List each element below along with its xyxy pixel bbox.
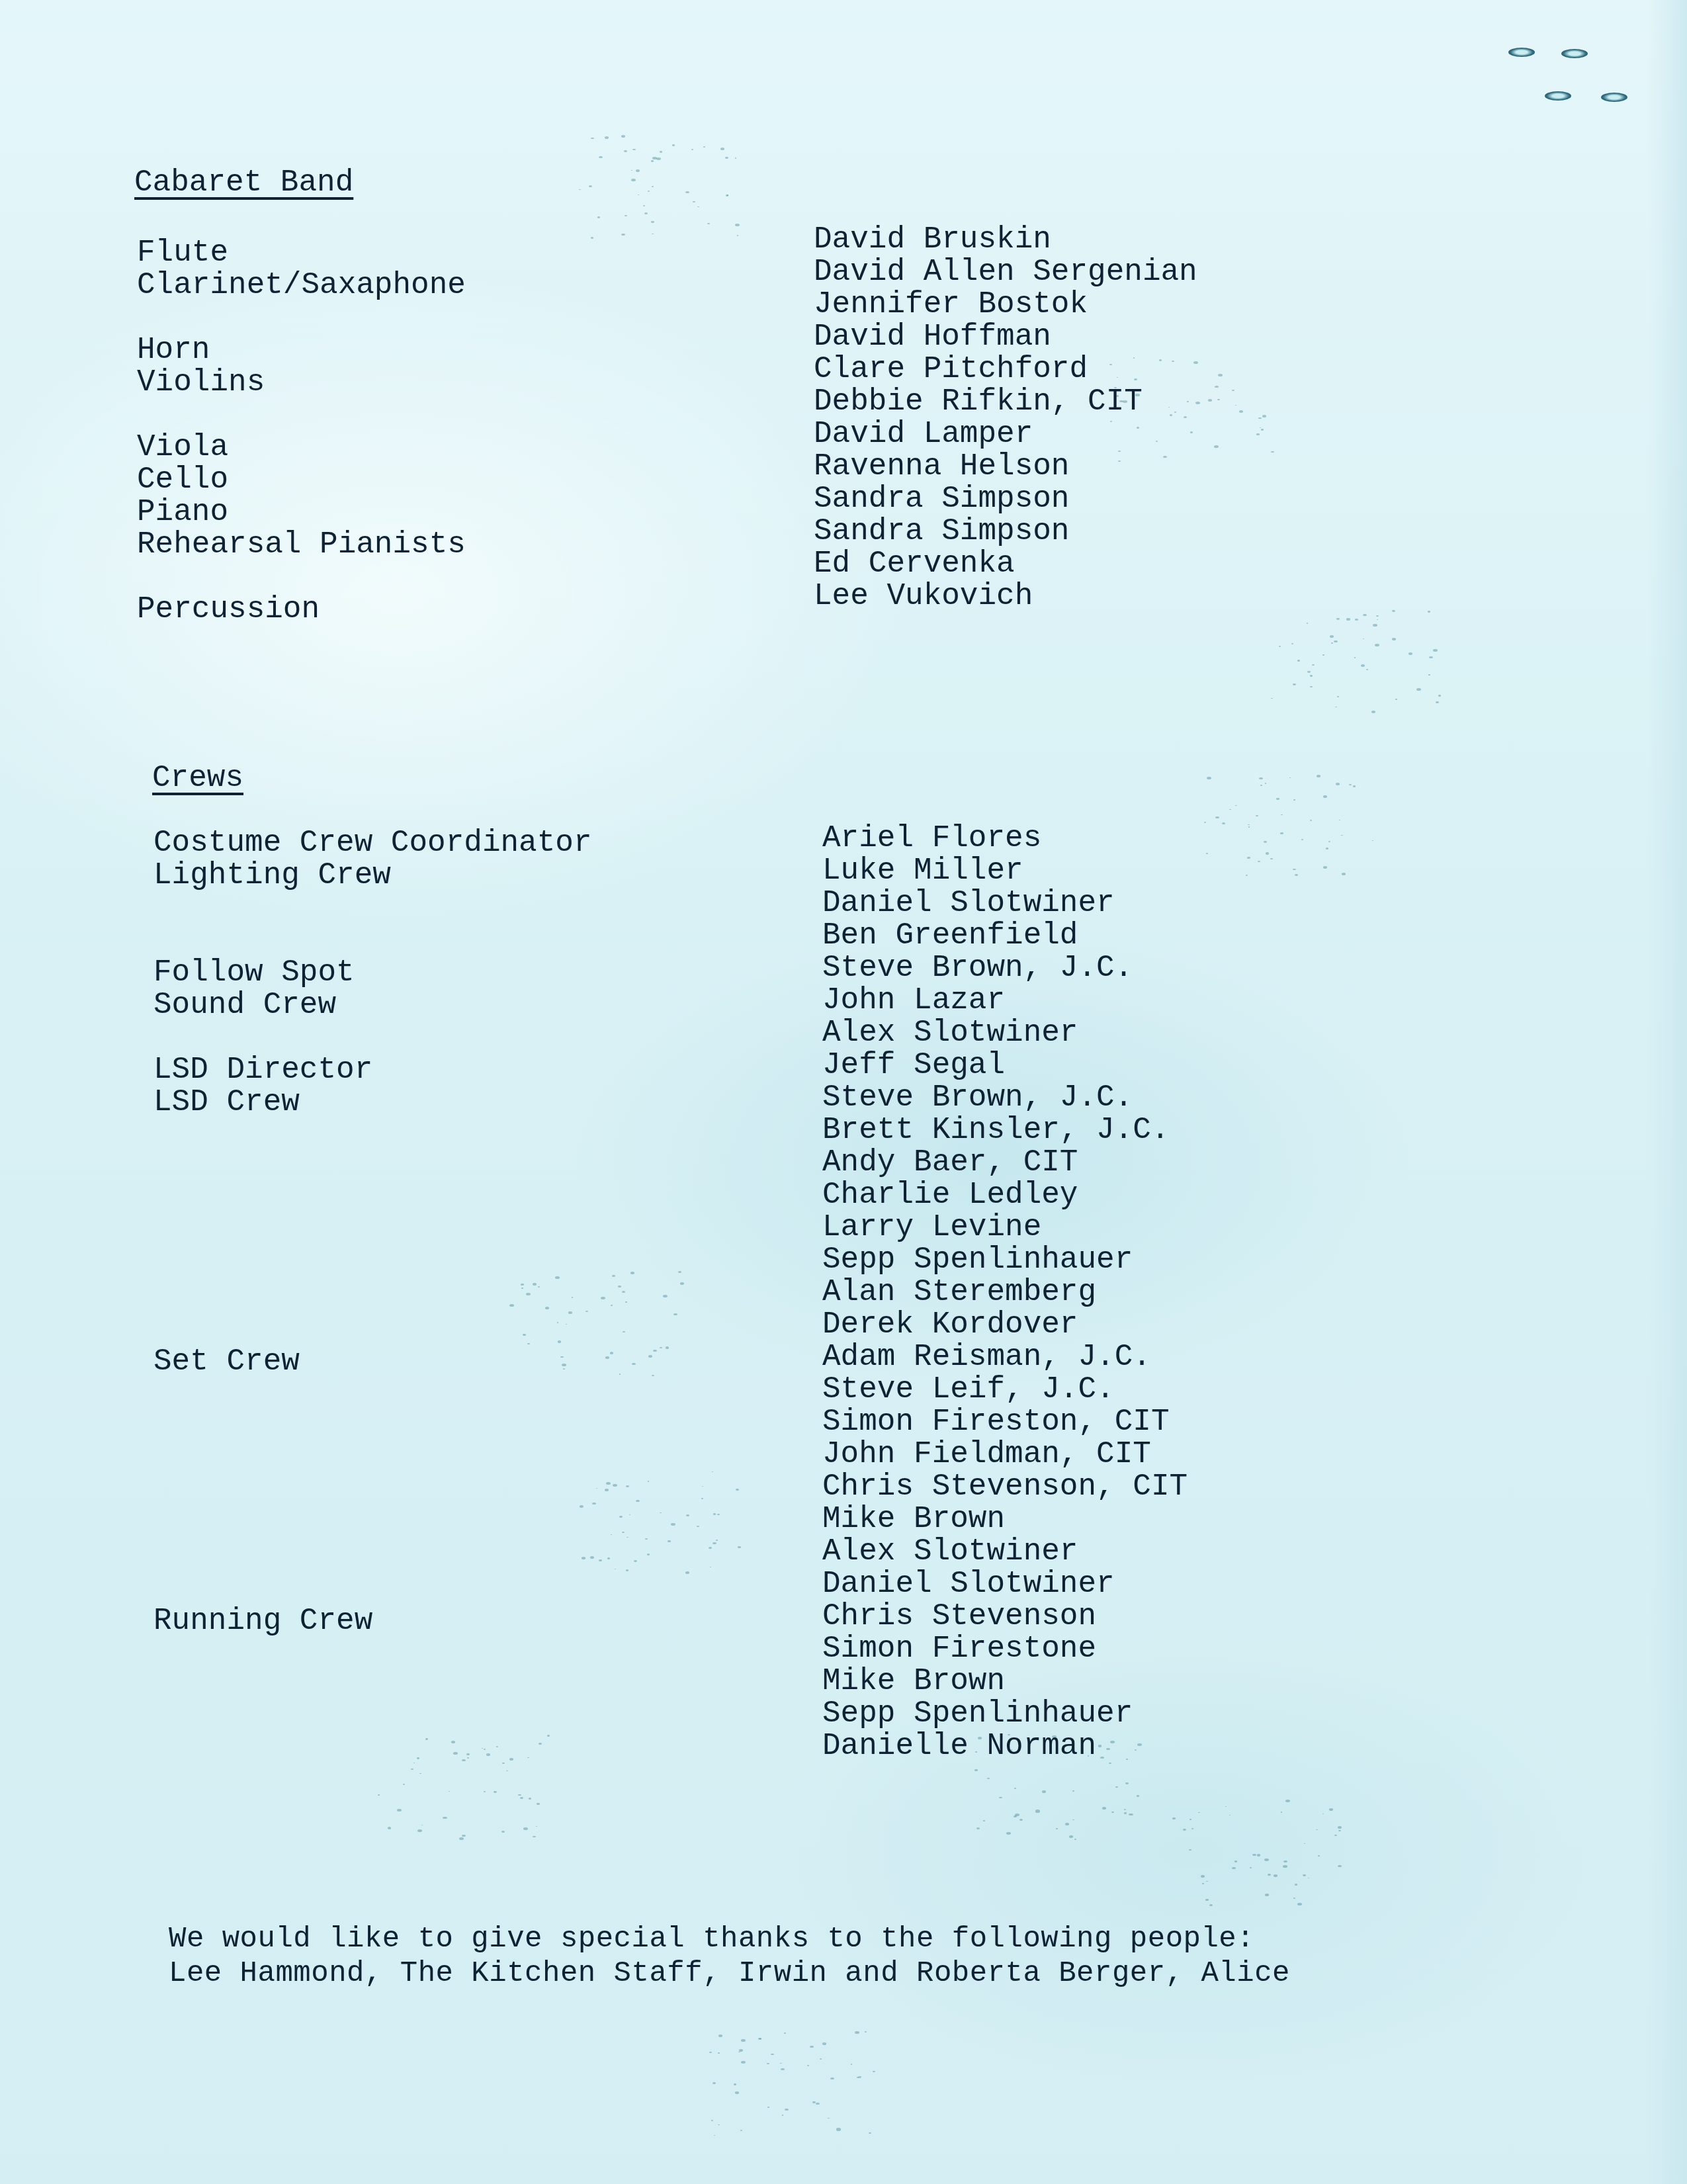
role-label: Piano <box>137 496 466 529</box>
member-name: Chris Stevenson <box>822 1600 1188 1633</box>
section-title-cabaret-band: Cabaret Band <box>134 165 353 200</box>
role-label: Cello <box>137 464 466 496</box>
member-name: Clare Pitchford <box>814 353 1197 386</box>
member-name: Derek Kordover <box>822 1309 1188 1341</box>
cabaret-band-names: David BruskinDavid Allen SergenianJennif… <box>814 224 1197 613</box>
role-label <box>137 302 466 334</box>
member-name: Alex Slotwiner <box>822 1536 1188 1568</box>
member-name: Ravenna Helson <box>814 451 1197 483</box>
role-label <box>153 1281 592 1313</box>
special-thanks: We would like to give special thanks to … <box>169 1922 1290 1991</box>
role-label <box>153 1475 592 1508</box>
role-label <box>153 1184 592 1216</box>
member-name: Ben Greenfield <box>822 920 1188 952</box>
role-label <box>153 1508 592 1540</box>
member-name: Danielle Norman <box>822 1730 1188 1763</box>
cabaret-band-roles: FluteClarinet/SaxaphoneHornViolinsViolaC… <box>137 237 466 626</box>
crew-roles: Costume Crew CoordinatorLighting CrewFol… <box>153 827 592 1638</box>
special-thanks-line-1: We would like to give special thanks to … <box>169 1922 1290 1956</box>
role-label <box>153 1411 592 1443</box>
role-label <box>137 399 466 431</box>
role-label: Percussion <box>137 593 466 626</box>
member-name: Sandra Simpson <box>814 483 1197 515</box>
role-label <box>153 1540 592 1573</box>
role-label <box>153 1151 592 1184</box>
member-name: Daniel Slotwiner <box>822 1568 1188 1600</box>
member-name: David Hoffman <box>814 321 1197 353</box>
member-name: John Fieldman, CIT <box>822 1438 1188 1471</box>
member-name: Sepp Spenlinhauer <box>822 1698 1188 1730</box>
role-label <box>137 561 466 593</box>
role-label <box>153 892 592 924</box>
role-label: Viola <box>137 431 466 464</box>
role-label <box>153 1313 592 1346</box>
role-label: Lighting Crew <box>153 859 592 892</box>
staple-holes <box>1508 40 1641 119</box>
member-name: Lee Vukovich <box>814 580 1197 613</box>
staple-hole-icon <box>1601 93 1627 102</box>
member-name: Alex Slotwiner <box>822 1017 1188 1049</box>
role-label: Clarinet/Saxaphone <box>137 269 466 302</box>
role-label <box>153 1378 592 1411</box>
role-label: Horn <box>137 334 466 367</box>
member-name: Daniel Slotwiner <box>822 887 1188 920</box>
role-label: Set Crew <box>153 1346 592 1378</box>
member-name: Steve Brown, J.C. <box>822 1082 1188 1114</box>
role-label <box>153 1119 592 1151</box>
member-name: Alan Steremberg <box>822 1276 1188 1309</box>
member-name: David Allen Sergenian <box>814 256 1197 288</box>
staple-hole-icon <box>1508 48 1535 57</box>
role-label: Sound Crew <box>153 989 592 1022</box>
member-name: John Lazar <box>822 984 1188 1017</box>
role-label <box>153 1022 592 1054</box>
role-label: Flute <box>137 237 466 269</box>
member-name: David Bruskin <box>814 224 1197 256</box>
member-name: Chris Stevenson, CIT <box>822 1471 1188 1503</box>
role-label <box>153 1573 592 1605</box>
member-name: Mike Brown <box>822 1503 1188 1536</box>
member-name: Luke Miller <box>822 855 1188 887</box>
staple-hole-icon <box>1545 91 1571 101</box>
member-name: Ed Cervenka <box>814 548 1197 580</box>
section-title-crews: Crews <box>152 761 243 795</box>
special-thanks-line-2: Lee Hammond, The Kitchen Staff, Irwin an… <box>169 1956 1290 1991</box>
member-name: Simon Firestone <box>822 1633 1188 1665</box>
member-name: Brett Kinsler, J.C. <box>822 1114 1188 1147</box>
role-label: Violins <box>137 367 466 399</box>
role-label: Running Crew <box>153 1605 592 1638</box>
member-name: Ariel Flores <box>822 822 1188 855</box>
member-name: Mike Brown <box>822 1665 1188 1698</box>
staple-hole-icon <box>1561 49 1588 58</box>
member-name: David Lamper <box>814 418 1197 451</box>
member-name: Charlie Ledley <box>822 1179 1188 1211</box>
member-name: Steve Leif, J.C. <box>822 1374 1188 1406</box>
role-label: LSD Crew <box>153 1086 592 1119</box>
member-name: Jeff Segal <box>822 1049 1188 1082</box>
role-label: Costume Crew Coordinator <box>153 827 592 859</box>
member-name: Sandra Simpson <box>814 515 1197 548</box>
member-name: Debbie Rifkin, CIT <box>814 386 1197 418</box>
member-name: Jennifer Bostok <box>814 288 1197 321</box>
role-label <box>153 1216 592 1248</box>
member-name: Sepp Spenlinhauer <box>822 1244 1188 1276</box>
role-label: Follow Spot <box>153 957 592 989</box>
role-label <box>153 924 592 957</box>
role-label <box>153 1248 592 1281</box>
paper-edge-shadow <box>1647 0 1687 2184</box>
role-label <box>153 1443 592 1475</box>
role-label: Rehearsal Pianists <box>137 529 466 561</box>
member-name: Adam Reisman, J.C. <box>822 1341 1188 1374</box>
role-label: LSD Director <box>153 1054 592 1086</box>
member-name: Steve Brown, J.C. <box>822 952 1188 984</box>
crew-names: Ariel FloresLuke MillerDaniel SlotwinerB… <box>822 822 1188 1763</box>
member-name: Andy Baer, CIT <box>822 1147 1188 1179</box>
member-name: Simon Fireston, CIT <box>822 1406 1188 1438</box>
member-name: Larry Levine <box>822 1211 1188 1244</box>
